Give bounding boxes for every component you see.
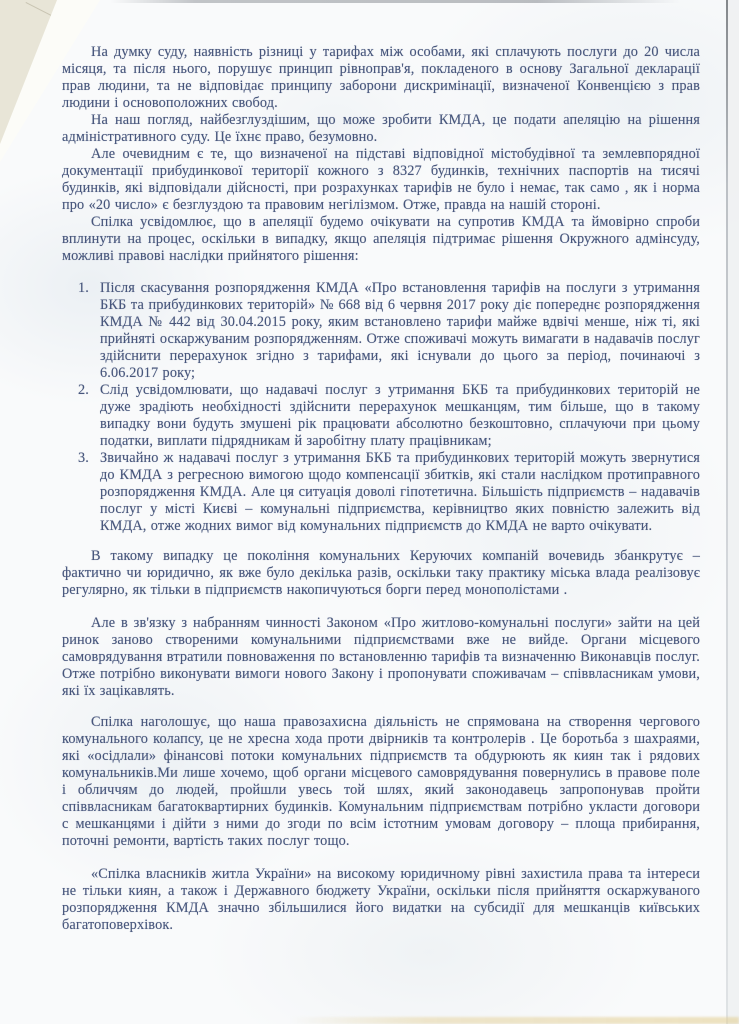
paragraph: Спілка наголошує, що наша правозахисна д…	[62, 714, 700, 850]
list-item-number: 1.	[78, 280, 89, 297]
list-item-text: Після скасування розпорядження КМДА «Про…	[100, 280, 700, 381]
paragraph: Спілка усвідомлює, що в апеляції будемо …	[62, 214, 700, 265]
paragraph: Але очевидним є те, що визначеної на під…	[62, 146, 700, 214]
paragraph: «Спілка власників житла України» на висо…	[62, 866, 700, 934]
list-item: 3. Звичайно ж надавачі послуг з утриманн…	[62, 450, 700, 535]
numbered-list: 1. Після скасування розпорядження КМДА «…	[62, 280, 700, 535]
list-item-text: Слід усвідомлювати, що надавачі послуг з…	[100, 382, 700, 449]
scan-bottom-edge	[290, 1017, 739, 1024]
paragraph: В такому випадку це покоління комунальни…	[62, 548, 700, 599]
list-item-number: 3.	[78, 450, 89, 467]
list-item-number: 2.	[78, 382, 89, 399]
document-body: На думку суду, наявність різниці у тариф…	[62, 44, 700, 934]
scanned-document-page: На думку суду, наявність різниці у тариф…	[0, 0, 739, 1024]
scan-right-margin	[728, 0, 739, 1024]
paragraph: На думку суду, наявність різниці у тариф…	[62, 44, 700, 112]
paragraph: На наш погляд, найбезглуздішим, що може …	[62, 112, 700, 146]
list-item: 2. Слід усвідомлювати, що надавачі послу…	[62, 382, 700, 450]
list-item: 1. Після скасування розпорядження КМДА «…	[62, 280, 700, 382]
scan-top-edge	[110, 0, 680, 3]
paragraph: Але в зв'язку з набранням чинності Закон…	[62, 615, 700, 700]
page-right-edge	[726, 0, 728, 1024]
list-item-text: Звичайно ж надавачі послуг з утримання Б…	[100, 450, 700, 534]
